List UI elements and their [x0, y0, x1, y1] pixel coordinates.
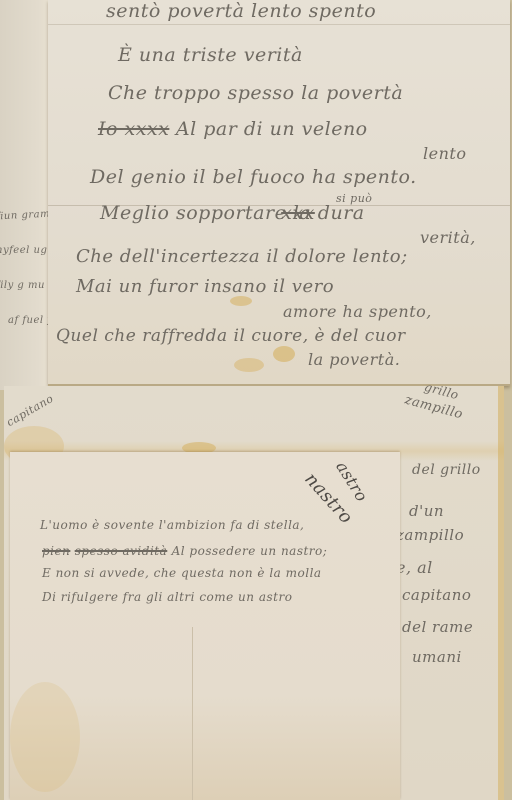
right-column-word: zampillo [396, 526, 464, 544]
poem-line: Che troppo spesso la povertà [108, 82, 403, 104]
poem-line: Meglio sopportare la dura xxx [100, 202, 315, 224]
poem-line-text: Meglio sopportare la dura [100, 202, 365, 224]
water-stain [230, 296, 252, 306]
poem-line-continuation: verità, [420, 228, 476, 247]
poem-line: È una triste verità [118, 44, 303, 66]
struck-word: Io xxxx [98, 118, 169, 140]
struck-word: xxx [281, 202, 315, 224]
poem-line-continuation: amore ha spento, [283, 302, 432, 321]
left-edge-word: capitano [4, 392, 56, 429]
ruled-line [48, 24, 510, 25]
verse-line-text: Al possedere un nastro; [172, 544, 328, 558]
water-stain [10, 682, 80, 792]
front-manuscript-sheet: astro nastro L'uomo è sovente l'ambizion… [10, 452, 400, 800]
right-column-word: del grillo [412, 462, 481, 478]
left-page-fragment: fiun gram [0, 209, 50, 223]
struck-word: pien [42, 544, 70, 558]
header-line: sentò povertà lento spento [106, 0, 376, 22]
fold-crease [192, 627, 193, 800]
poem-line: Mai un furor insano il vero [76, 276, 334, 297]
verse-line: pien spesso avidità Al possedere un nast… [42, 544, 327, 558]
top-manuscript-sheet: sentò povertà lento spento È una triste … [48, 0, 510, 386]
poem-line: Del genio il bel fuoco ha spento. [90, 166, 417, 188]
right-column-word: umani [412, 648, 462, 666]
poem-line: Che dell'incertezza il dolore lento; [76, 246, 408, 267]
left-page-fragment: af fuel y [8, 315, 53, 326]
left-page-fragment: fily g mu [0, 280, 45, 291]
poem-line-text: Al par di un veleno [176, 118, 368, 140]
left-bound-page: fiun gram nyfeel ugne fily g mu af fuel … [0, 0, 55, 390]
right-column-word: e, al [396, 558, 433, 577]
verse-line: Di rifulgere fra gli altri come un astro [42, 590, 292, 604]
right-column-word: del rame [402, 618, 473, 636]
water-stain [234, 358, 264, 372]
struck-word: spesso avidità [75, 544, 168, 558]
verse-line: L'uomo è sovente l'ambizion fa di stella… [40, 518, 304, 532]
verse-line: E non si avvede, che questa non è la mol… [42, 566, 322, 580]
poem-line-continuation: lento [423, 144, 466, 163]
poem-line-continuation: la povertà. [308, 350, 400, 369]
right-column-word: d'un [409, 502, 444, 520]
water-stain [273, 346, 295, 362]
poem-line: Quel che raffredda il cuore, è del cuor [56, 326, 406, 346]
right-column-word: capitano [402, 586, 471, 604]
poem-line: Io xxxx Al par di un veleno [98, 118, 368, 140]
